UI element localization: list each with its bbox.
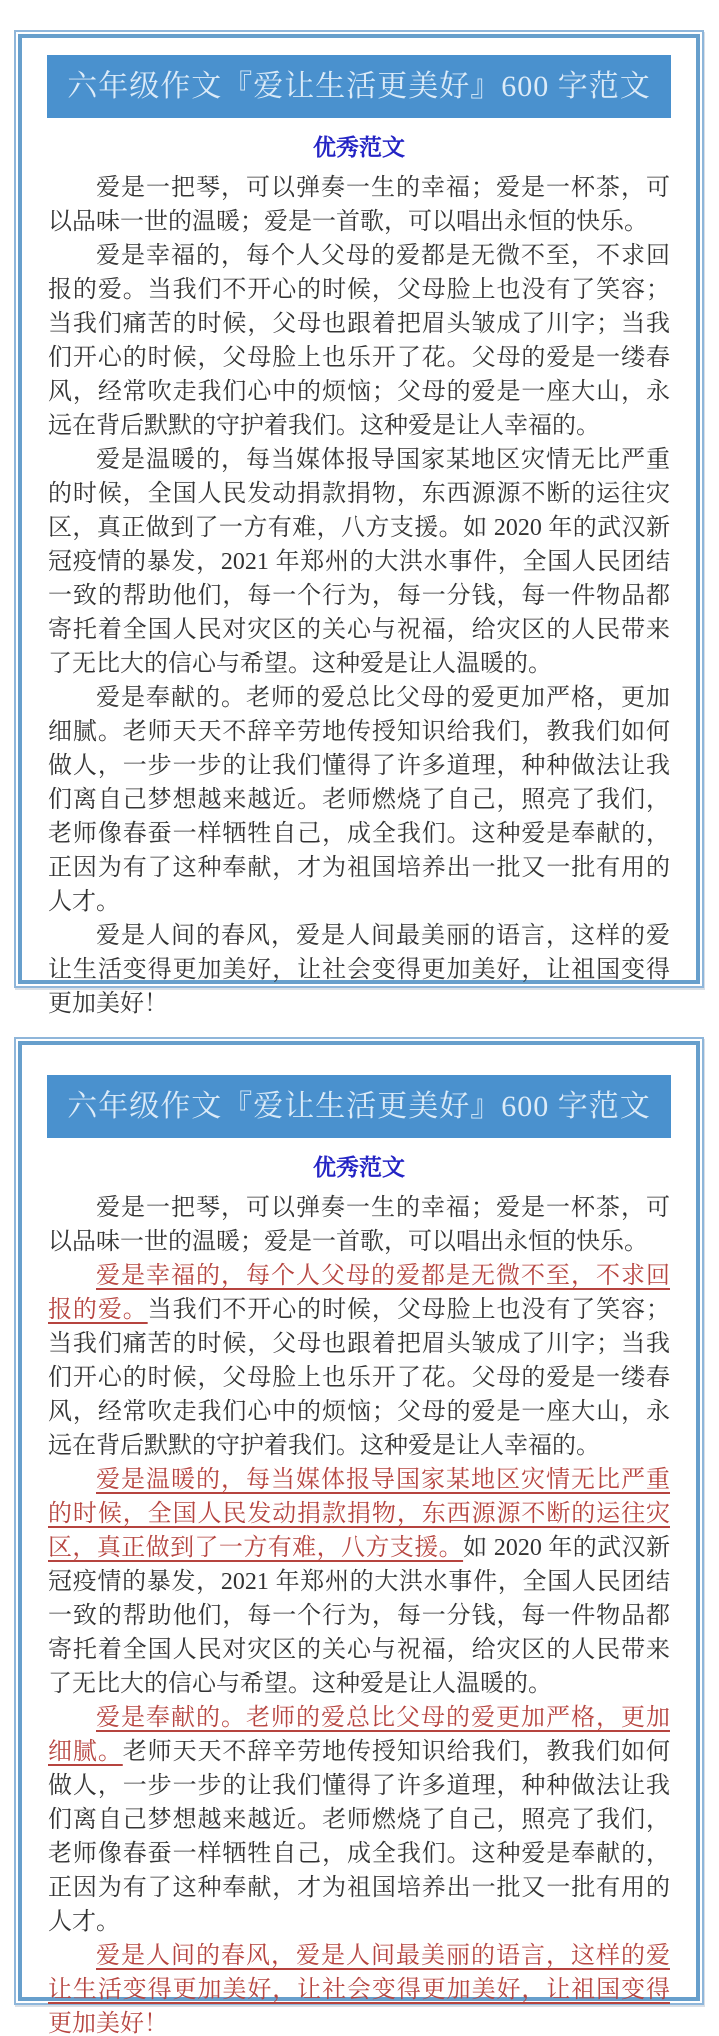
essay-paragraph: 爱是温暖的，每当媒体报导国家某地区灾情无比严重的时候，全国人民发动捐款捐物，东西… — [48, 1463, 670, 1701]
essay-paragraph: 爱是一把琴，可以弹奏一生的幸福；爱是一杯茶，可以品味一世的温暖；爱是一首歌，可以… — [48, 1191, 670, 1259]
text-run: 爱是奉献的。老师的爱总比父母的爱更加严格，更加细腻。老师天天不辞辛劳地传授知识给… — [48, 685, 670, 915]
essay-paragraph: 爱是温暖的，每当媒体报导国家某地区灾情无比严重的时候，全国人民发动捐款捐物，东西… — [48, 443, 670, 681]
text-run: 爱是人间的春风，爱是人间最美丽的语言，这样的爱让生活变得更加美好，让社会变得更加… — [48, 923, 670, 1017]
highlighted-text-run: 爱是人间的春风，爱是人间最美丽的语言，这样的爱让生活变得更加美好，让社会变得更加… — [48, 1943, 670, 2036]
text-run: 老师天天不辞辛劳地传授知识给我们，教我们如何做人，一步一步的让我们懂得了许多道理… — [48, 1739, 670, 1935]
essay-page-card-2: 六年级作文『爱让生活更美好』600 字范文 优秀范文 爱是一把琴，可以弹奏一生的… — [14, 1037, 704, 2005]
title-banner: 六年级作文『爱让生活更美好』600 字范文 — [47, 1075, 671, 1138]
essay-page-card-1: 六年级作文『爱让生活更美好』600 字范文 优秀范文 爱是一把琴，可以弹奏一生的… — [14, 30, 704, 988]
text-run: 爱是一把琴，可以弹奏一生的幸福；爱是一杯茶，可以品味一世的温暖；爱是一首歌，可以… — [48, 175, 670, 235]
page-frame: 六年级作文『爱让生活更美好』600 字范文 优秀范文 爱是一把琴，可以弹奏一生的… — [18, 1041, 700, 2001]
essay-paragraph: 爱是奉献的。老师的爱总比父母的爱更加严格，更加细腻。老师天天不辞辛劳地传授知识给… — [48, 681, 670, 919]
essay-paragraph: 爱是幸福的，每个人父母的爱都是无微不至，不求回报的爱。当我们不开心的时候，父母脸… — [48, 1259, 670, 1463]
section-heading: 优秀范文 — [22, 131, 696, 163]
text-run: 爱是一把琴，可以弹奏一生的幸福；爱是一杯茶，可以品味一世的温暖；爱是一首歌，可以… — [48, 1195, 670, 1255]
essay-paragraph: 爱是奉献的。老师的爱总比父母的爱更加严格，更加细腻。老师天天不辞辛劳地传授知识给… — [48, 1701, 670, 1939]
essay-body: 爱是一把琴，可以弹奏一生的幸福；爱是一杯茶，可以品味一世的温暖；爱是一首歌，可以… — [48, 171, 670, 1021]
text-run: 爱是幸福的，每个人父母的爱都是无微不至，不求回报的爱。当我们不开心的时候，父母脸… — [48, 243, 670, 439]
page-title: 六年级作文『爱让生活更美好』600 字范文 — [67, 1090, 651, 1123]
page-title: 六年级作文『爱让生活更美好』600 字范文 — [67, 70, 651, 103]
document-page: { "banner": { "title": "六年级作文『爱让生活更美好』60… — [0, 0, 719, 2036]
text-run: 爱是温暖的，每当媒体报导国家某地区灾情无比严重的时候，全国人民发动捐款捐物，东西… — [48, 447, 670, 677]
page-frame: 六年级作文『爱让生活更美好』600 字范文 优秀范文 爱是一把琴，可以弹奏一生的… — [18, 34, 700, 984]
section-heading: 优秀范文 — [22, 1151, 696, 1183]
essay-paragraph: 爱是人间的春风，爱是人间最美丽的语言，这样的爱让生活变得更加美好，让社会变得更加… — [48, 1939, 670, 2036]
essay-paragraph: 爱是幸福的，每个人父母的爱都是无微不至，不求回报的爱。当我们不开心的时候，父母脸… — [48, 239, 670, 443]
essay-paragraph: 爱是一把琴，可以弹奏一生的幸福；爱是一杯茶，可以品味一世的温暖；爱是一首歌，可以… — [48, 171, 670, 239]
essay-paragraph: 爱是人间的春风，爱是人间最美丽的语言，这样的爱让生活变得更加美好，让社会变得更加… — [48, 919, 670, 1021]
title-banner: 六年级作文『爱让生活更美好』600 字范文 — [47, 55, 671, 118]
essay-body: 爱是一把琴，可以弹奏一生的幸福；爱是一杯茶，可以品味一世的温暖；爱是一首歌，可以… — [48, 1191, 670, 2036]
